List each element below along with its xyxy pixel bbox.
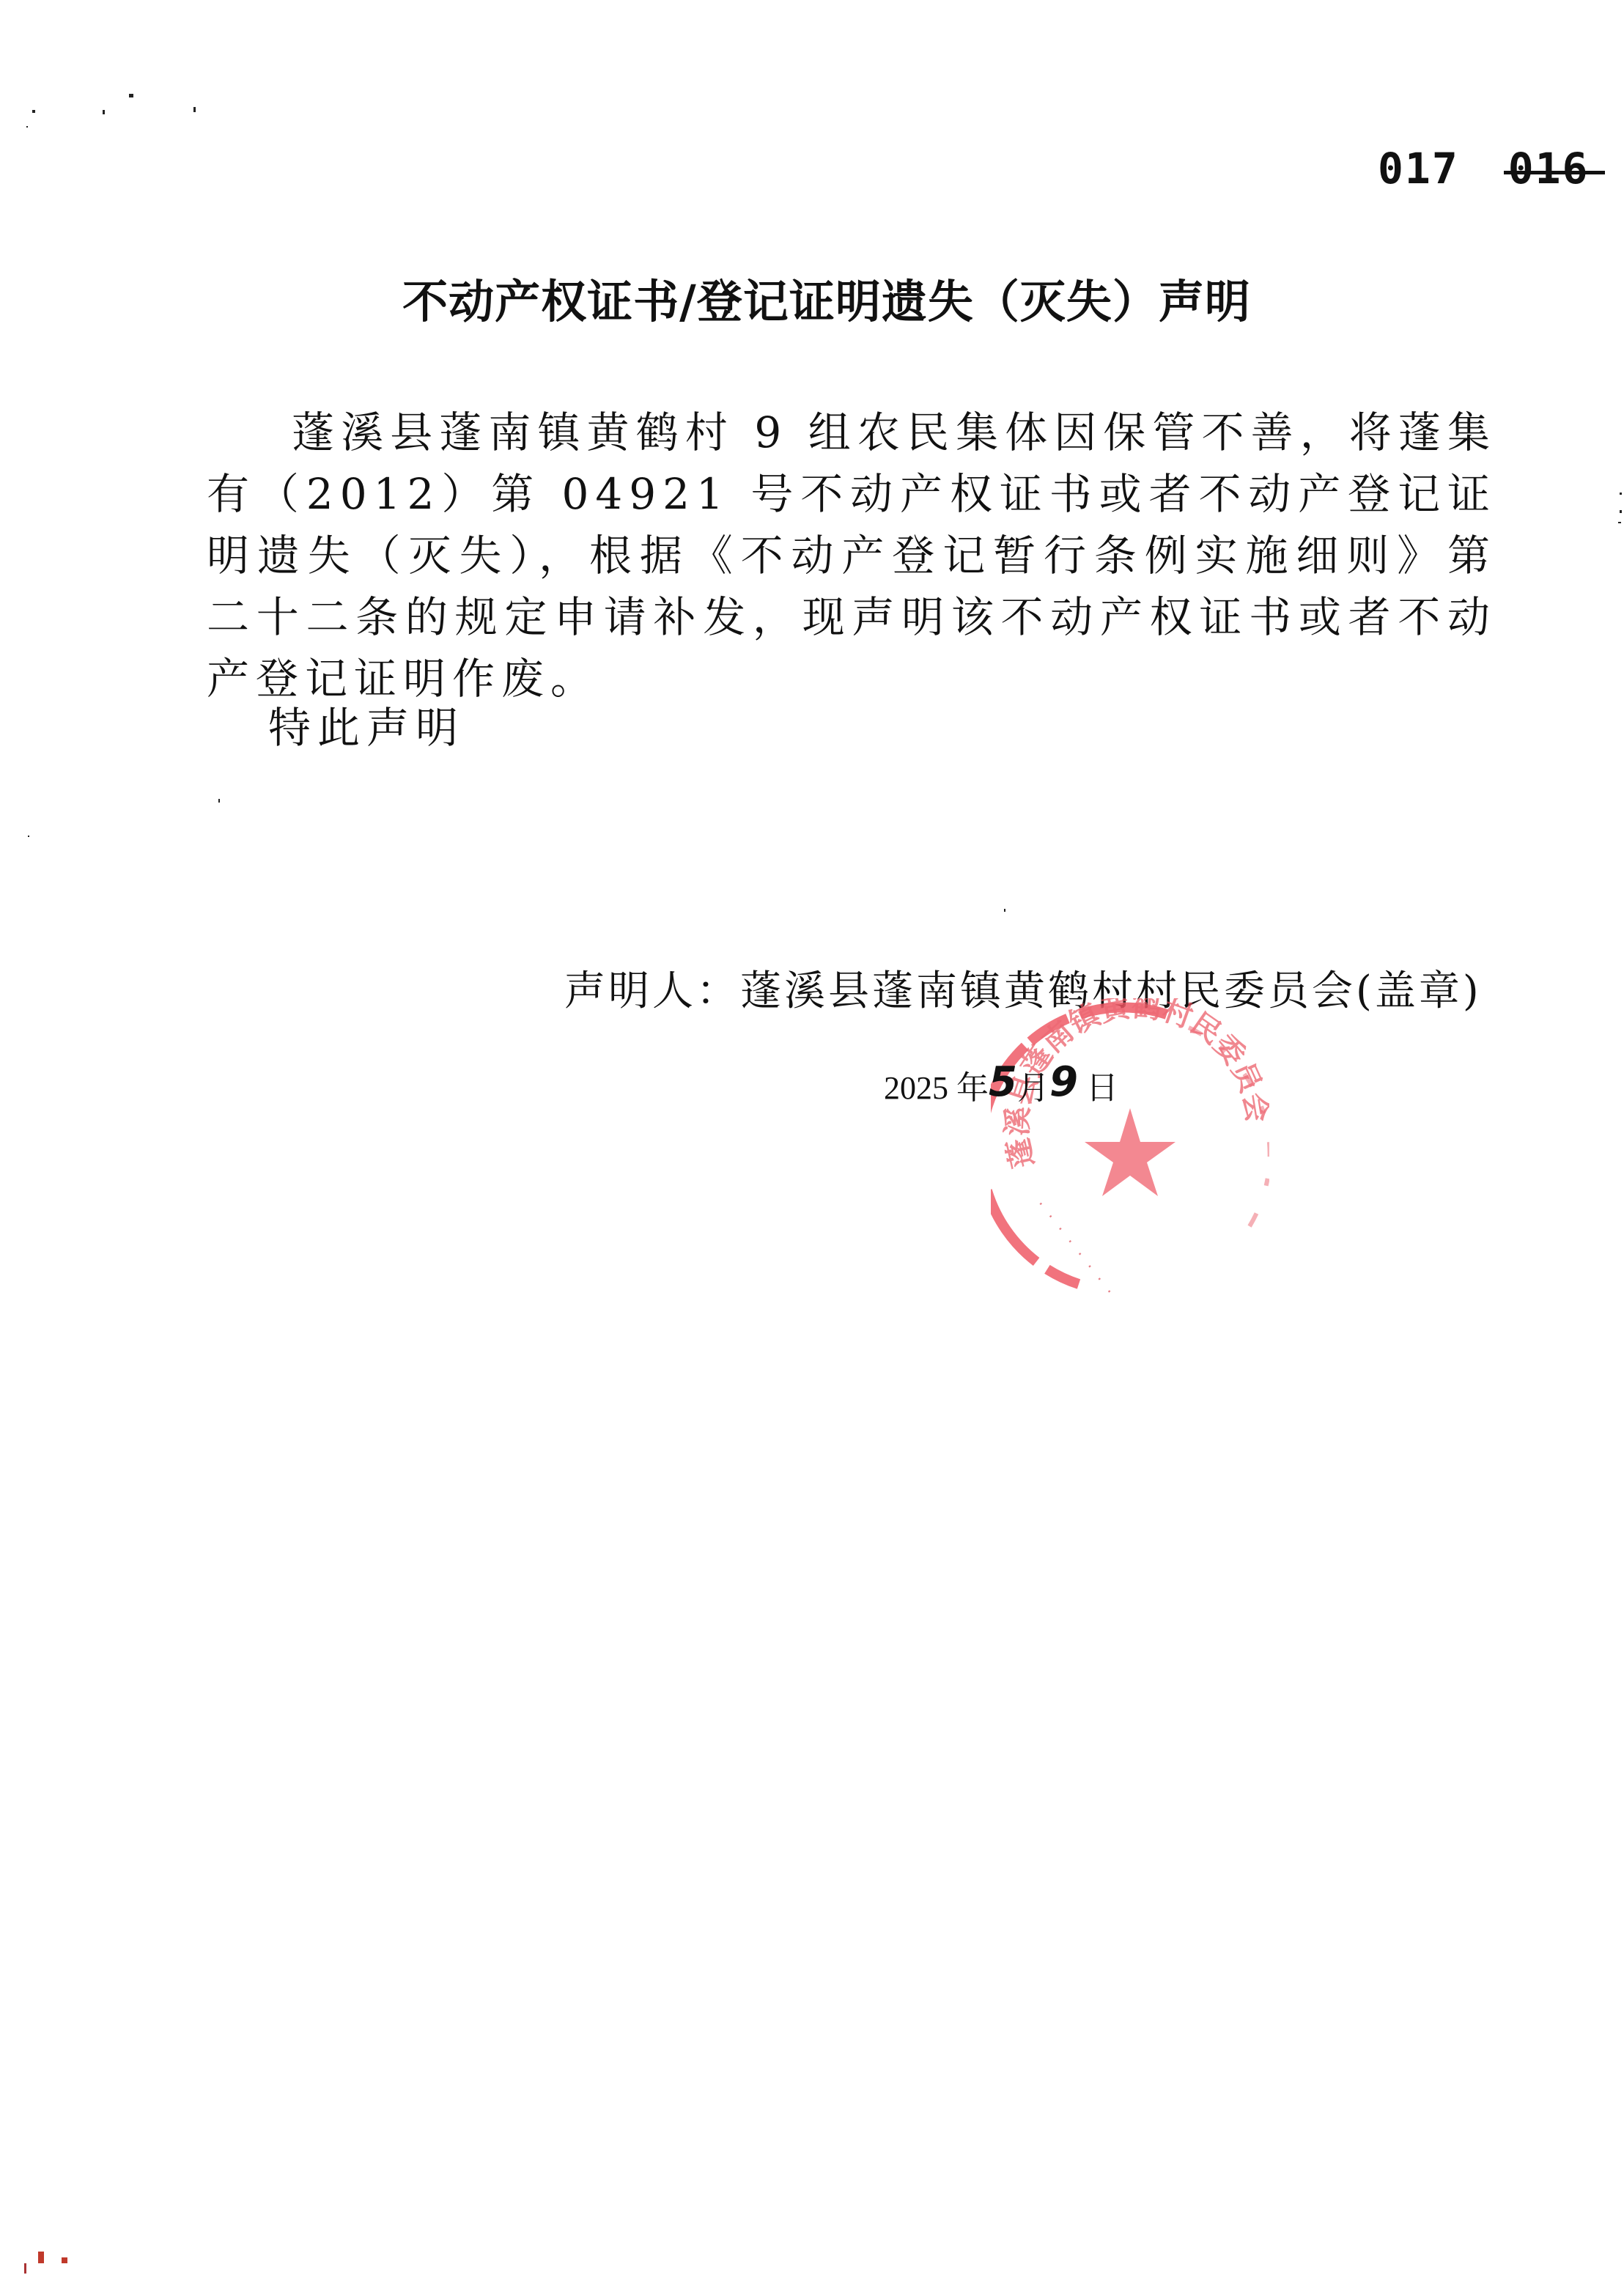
official-seal: 蓬溪县蓬南镇黄鹤村民委员会 · · · · · · · · — [991, 998, 1269, 1306]
date-month-unit: 月 — [1017, 1070, 1049, 1106]
date-year-unit: 年 — [948, 1070, 989, 1106]
document-number-current: 017 — [1378, 144, 1459, 193]
declaration-body: 蓬溪县蓬南镇黄鹤村 9 组农民集体因保管不善，将蓬集有（2012）第 04921… — [207, 402, 1496, 709]
declaration-date: 2025 年5月9 日 — [884, 1061, 1118, 1109]
page-title: 不动产权证书/登记证明遗失（灭失）声明 — [0, 265, 1624, 331]
signatory-label: 声明人： — [564, 967, 740, 1015]
document-page: 017 016 不动产权证书/登记证明遗失（灭失）声明 蓬溪县蓬南镇黄鹤村 9 … — [0, 0, 1624, 2275]
document-number: 017 016 — [1378, 144, 1589, 193]
date-day-handwritten: 9 — [1049, 1058, 1078, 1106]
document-number-struck: 016 — [1508, 144, 1590, 193]
signatory-note: (盖章) — [1356, 967, 1482, 1015]
star-icon — [1085, 1108, 1175, 1196]
date-day-unit: 日 — [1078, 1070, 1118, 1106]
date-year: 2025 — [884, 1070, 948, 1106]
closing-statement: 特此声明 — [268, 693, 465, 755]
date-month-handwritten: 5 — [989, 1058, 1017, 1106]
